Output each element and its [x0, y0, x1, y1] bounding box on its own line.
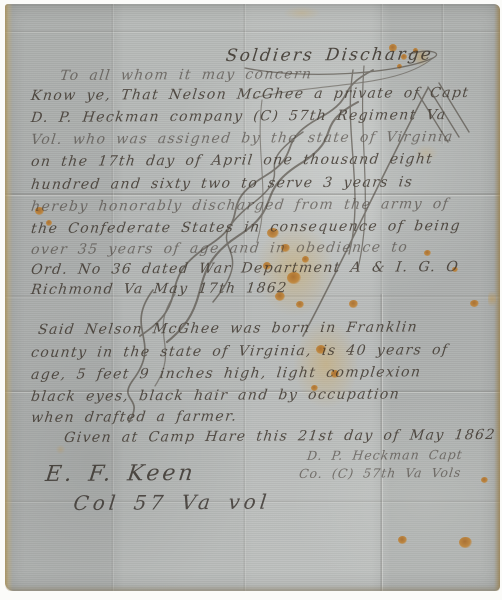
body-line: age, 5 feet 9 inches high, light complex…: [30, 364, 422, 383]
rust-stain: [296, 301, 304, 308]
body-line: black eyes, black hair and by occupation: [30, 386, 401, 405]
signature-captain: D. P. Heckman Capt: [306, 447, 463, 463]
body-line: the Confederate States in consequence of…: [30, 218, 462, 237]
body-line: hereby honorably discharged from the arm…: [30, 196, 450, 215]
body-line: over 35 years of age and in obedience to: [30, 239, 409, 258]
body-line: on the 17th day of April one thousand ei…: [30, 151, 434, 170]
body-line: hundred and sixty two to serve 3 years i…: [30, 174, 414, 193]
salutation-line: To all whom it may concern: [59, 66, 313, 84]
body-line: county in the state of Virginia, is 40 y…: [30, 342, 449, 361]
fold-crease-horizontal: [5, 30, 500, 33]
body-line: Richmond Va May 17th 1862: [30, 280, 288, 298]
rust-stain: [488, 288, 496, 310]
rust-stain: [459, 537, 472, 548]
rust-stain: [55, 445, 66, 454]
paper-edge-bottom: [5, 585, 500, 591]
body-line: Know ye, That Nelson McGhee a private of…: [30, 85, 470, 104]
dateline: Given at Camp Hare this 21st day of May …: [63, 427, 497, 446]
signature-captain-unit: Co. (C) 57th Va Vols: [298, 465, 462, 481]
rust-stain: [424, 250, 431, 256]
rust-stain: [481, 477, 488, 483]
signature-colonel-rank: Col 57 Va vol: [72, 490, 271, 515]
rust-stain: [470, 300, 479, 307]
rust-stain: [349, 300, 358, 308]
body-line: when drafted a farmer.: [30, 409, 238, 426]
rust-stain: [398, 536, 407, 544]
signature-colonel: E. F. Keen: [44, 461, 197, 487]
body-line: Vol. who was assigned by the state of Vi…: [30, 129, 455, 148]
body-line: Said Nelson McGhee was born in Franklin: [37, 319, 419, 338]
paper-edge-left: [5, 4, 13, 591]
body-line: D. P. Heckman company (C) 57th Regiment …: [30, 107, 447, 126]
document-page: Soldiers Discharge To all whom it may co…: [5, 4, 500, 591]
rust-stain: [283, 6, 321, 20]
document-title: Soldiers Discharge: [225, 45, 435, 66]
photo-of-document: { "doc": { "heading": "Soldiers Discharg…: [0, 0, 502, 600]
body-line: Ord. No 36 dated War Department A & I. G…: [30, 259, 460, 278]
